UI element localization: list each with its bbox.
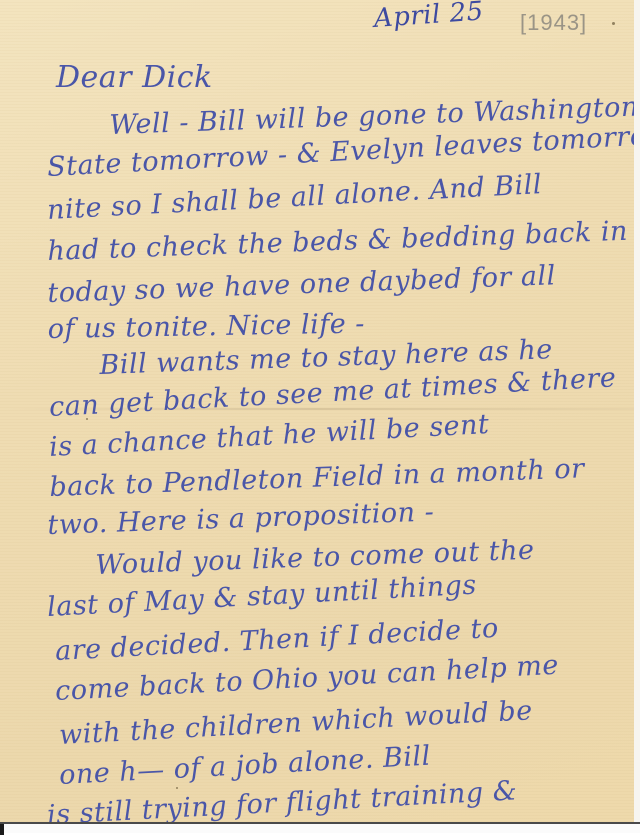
letter-line-6: of us tonite. Nice life -	[47, 308, 365, 345]
letter-date: April 25	[373, 0, 485, 34]
letter-line-11: two. Here is a proposition -	[47, 497, 435, 541]
scan-margin-right	[634, 0, 640, 833]
letter-line-10: back to Pendleton Field in a month or	[49, 453, 585, 503]
scan-margin-bottom	[0, 822, 640, 833]
letter-page: April 25 [1943] Dear Dick Well - Bill wi…	[0, 0, 634, 822]
letter-line-16: with the children which would be	[58, 695, 533, 751]
letter-salutation: Dear Dick	[56, 60, 213, 95]
letter-line-5: today so we have one daybed for all	[47, 260, 556, 309]
letter-line-4: had to check the beds & bedding back in	[47, 216, 628, 267]
archival-year-text: [1943]	[520, 10, 587, 35]
paper-speck	[176, 787, 178, 789]
archival-year-annotation: [1943]	[520, 10, 587, 36]
scan-edge-shadow	[0, 824, 4, 833]
paper-speck	[612, 22, 615, 25]
